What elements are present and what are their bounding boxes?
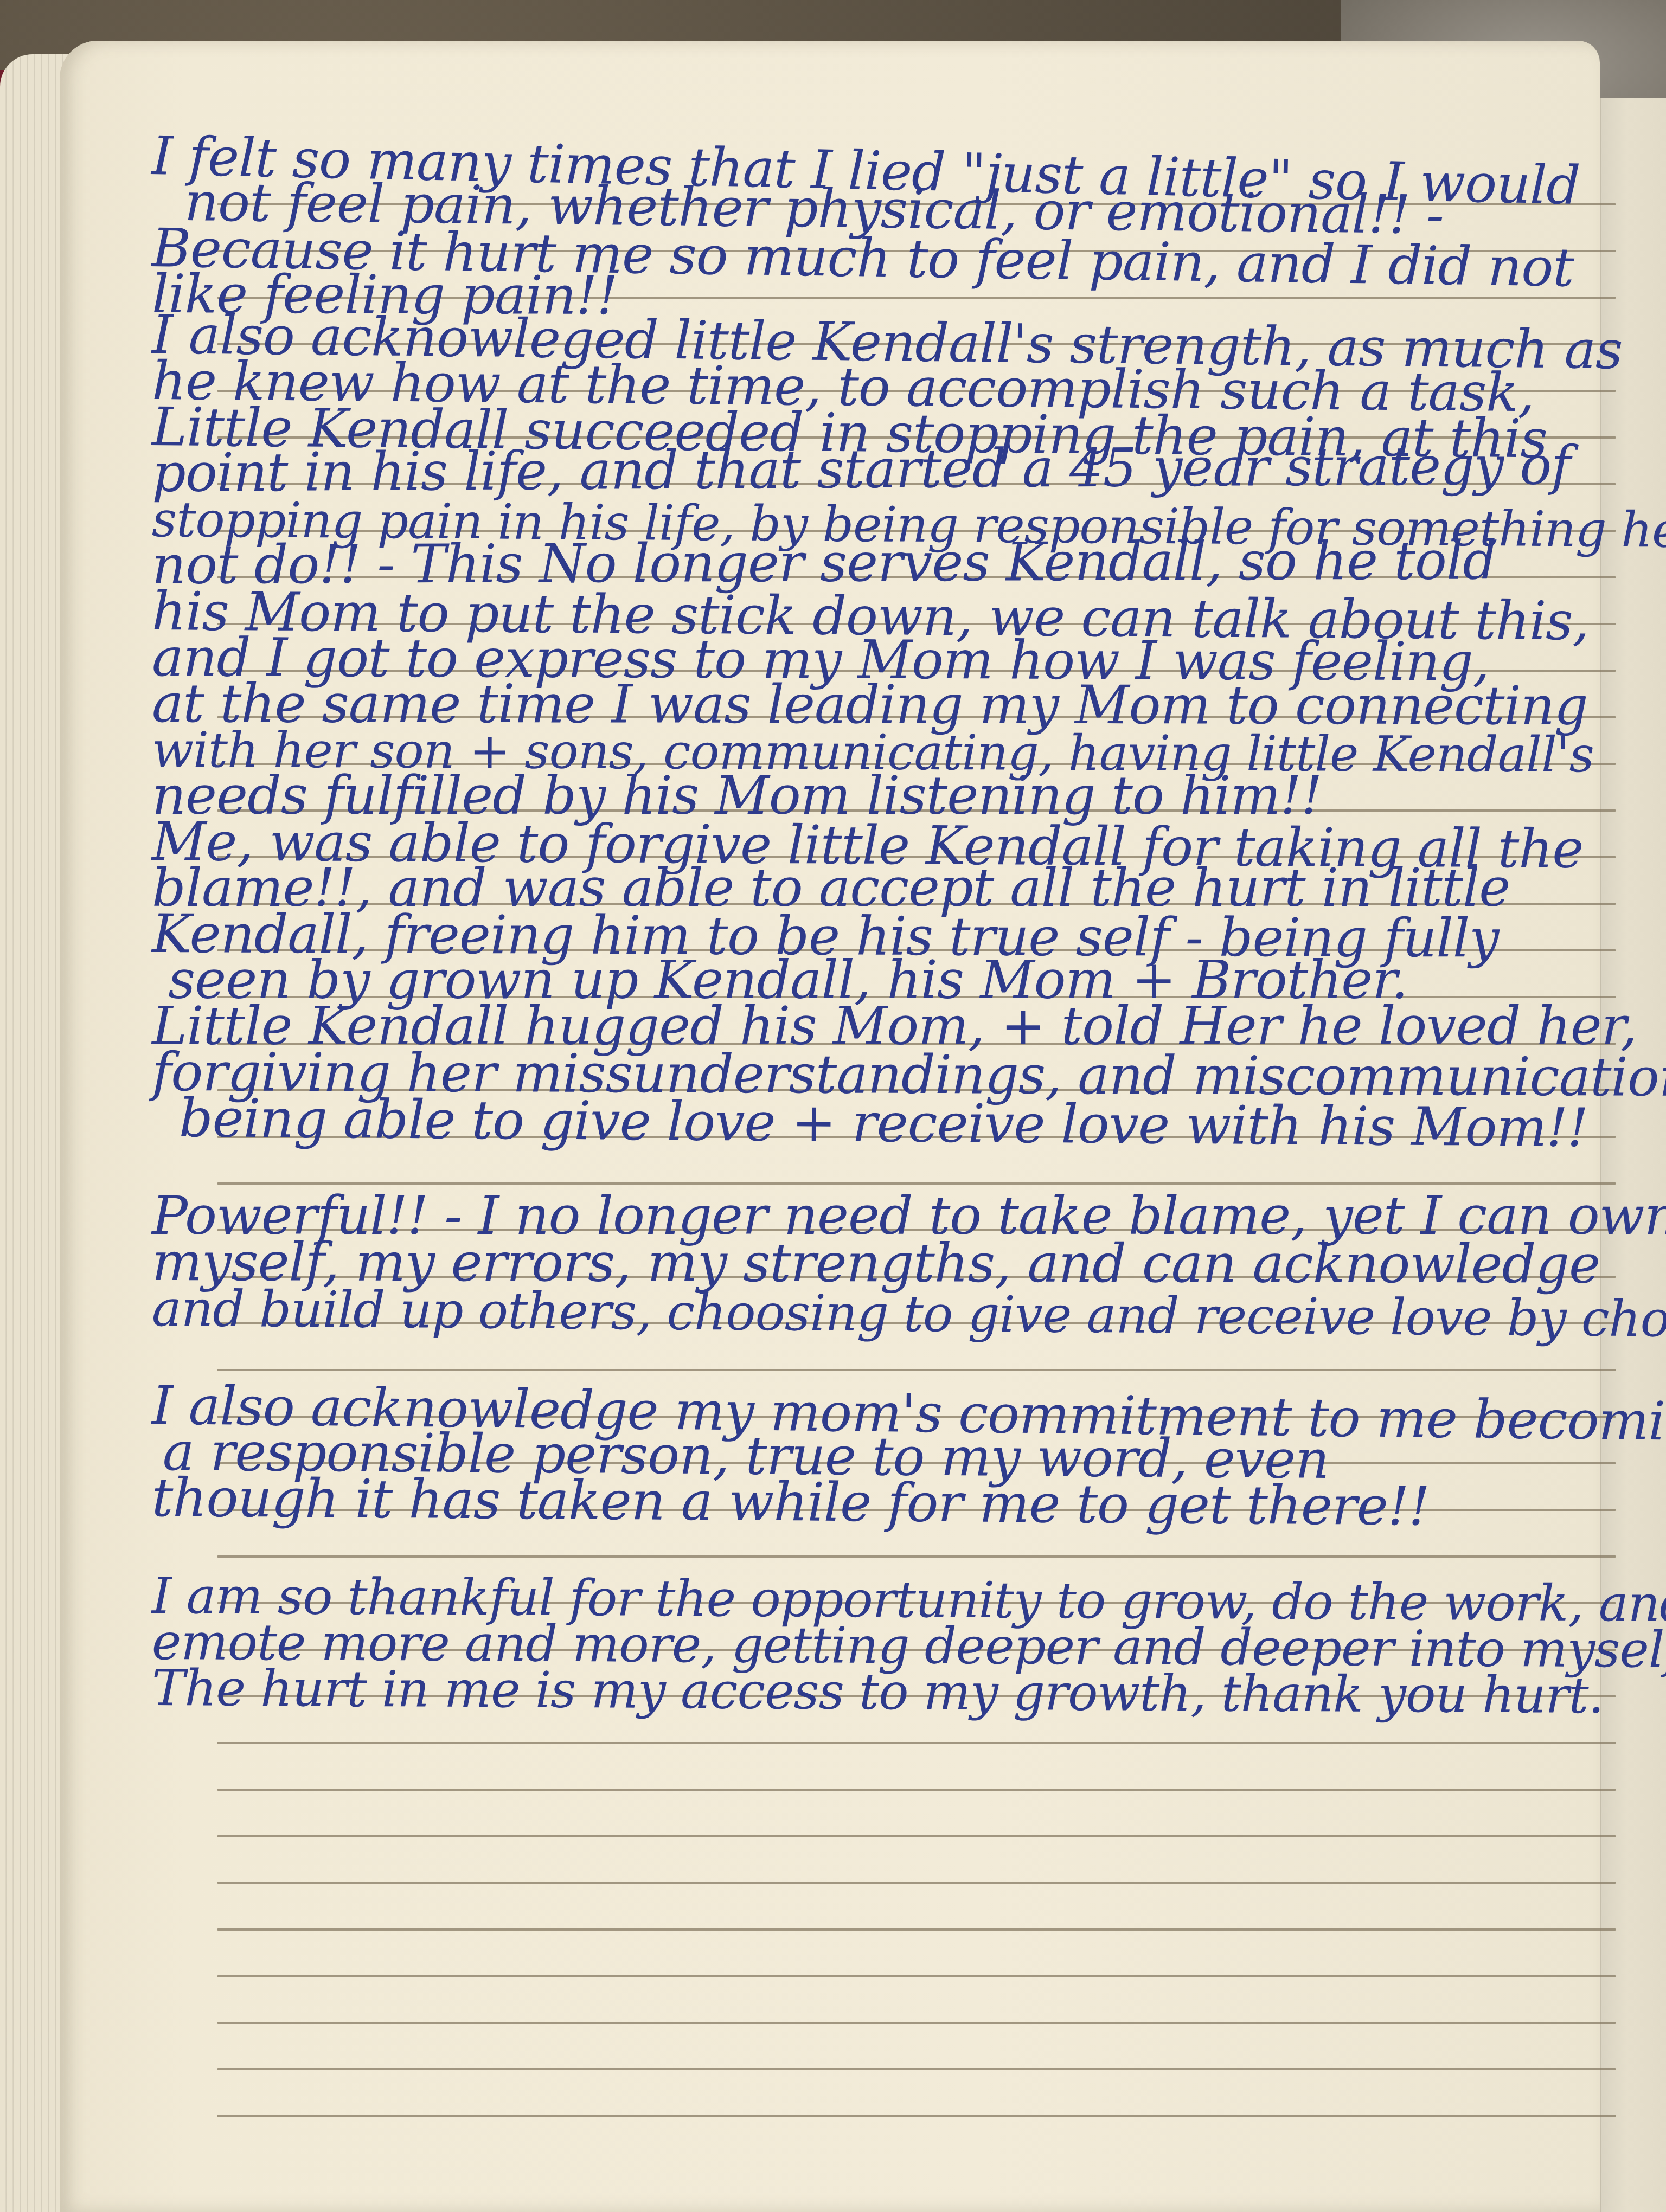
text-line-24: Powerful!! - I no longer need to take bl…: [152, 1195, 1666, 1237]
text-line-30: though it has taken a while for me to ge…: [152, 1477, 1430, 1528]
photo-scene: I felt so many times that I lied "just a…: [0, 0, 1666, 2212]
ruled-line: [217, 1928, 1616, 1931]
ruled-line: [217, 2022, 1616, 2024]
facing-page: [1600, 98, 1666, 2212]
text-line-8: point in his life, and that started a 45…: [152, 445, 1571, 494]
text-line-22: being able to give love + receive love w…: [179, 1098, 1588, 1149]
ruled-line: [217, 1882, 1616, 1884]
text-line-26: and build up others, choosing to give an…: [152, 1288, 1666, 1340]
ruled-line: [217, 1835, 1616, 1837]
text-line-20: Little Kendall hugged his Mom, + told He…: [152, 1006, 1637, 1047]
ruled-line: [217, 1182, 1616, 1185]
ruled-line: [217, 2068, 1616, 2070]
ruled-line: [217, 1369, 1616, 1371]
ruled-line: [217, 1975, 1616, 1977]
ruled-line: [217, 2115, 1616, 2117]
text-line-17: blame!!, and was able to accept all the …: [152, 867, 1510, 909]
text-line-10: not do!! - This No longer serves Kendall…: [152, 540, 1496, 587]
text-line-15: needs fulfilled by his Mom listening to …: [152, 775, 1322, 817]
text-line-25: myself, my errors, my strengths, and can…: [152, 1242, 1600, 1286]
ruled-line: [217, 1742, 1616, 1744]
ruled-line: [217, 1789, 1616, 1791]
text-line-34: The hurt in me is my access to my growth…: [152, 1667, 1604, 1716]
text-line-13: at the same time I was leading my Mom to…: [152, 683, 1588, 728]
ruled-line: [217, 1555, 1616, 1558]
